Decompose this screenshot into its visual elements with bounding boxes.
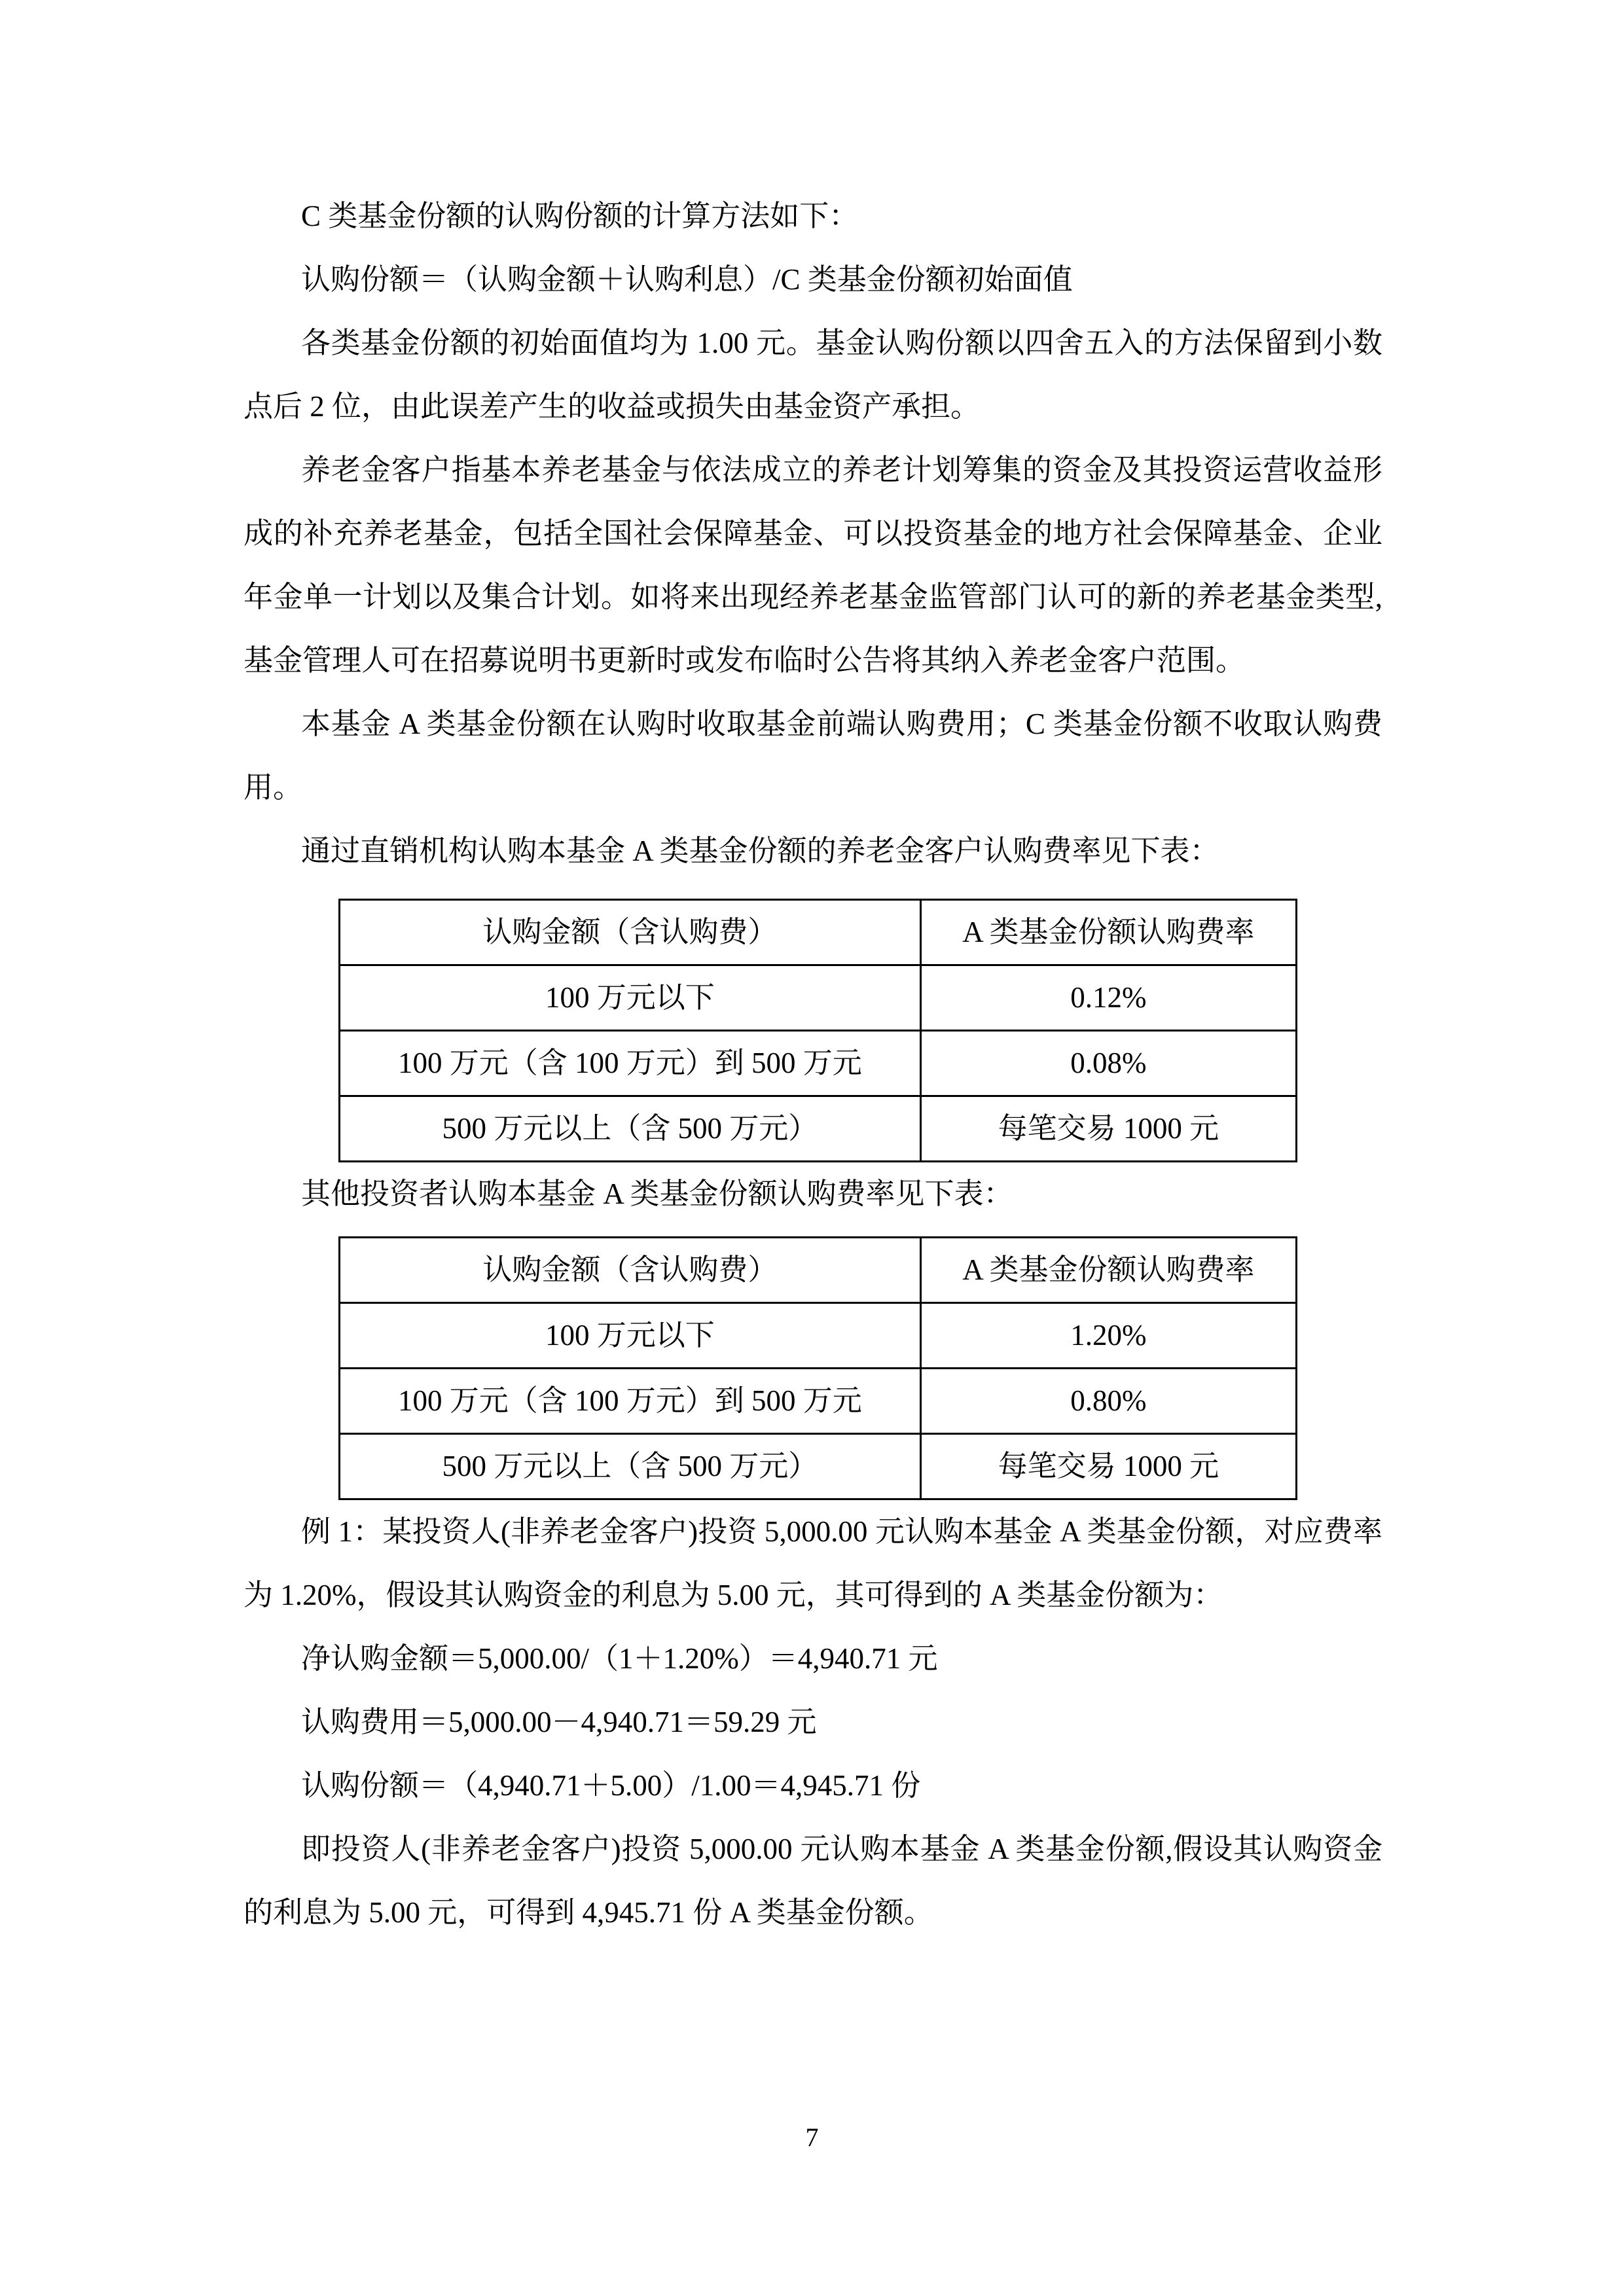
table-row: 100 万元以下 0.12% bbox=[340, 965, 1297, 1031]
paragraph-face-value: 各类基金份额的初始面值均为 1.00 元。基金认购份额以四舍五入的方法保留到小数… bbox=[244, 312, 1382, 439]
pension-client-fee-table-body: 认购金额（含认购费） A 类基金份额认购费率 100 万元以下 0.12% 10… bbox=[340, 900, 1297, 1162]
paragraph-fee-charging: 本基金 A 类基金份额在认购时收取基金前端认购费用；C 类基金份额不收取认购费用… bbox=[244, 692, 1382, 819]
formula-subscription-fee: 认购费用＝5,000.00－4,940.71＝59.29 元 bbox=[244, 1691, 1382, 1754]
header-cell-subscription-amount: 认购金额（含认购费） bbox=[340, 1238, 921, 1303]
formula-subscription-shares-definition: 认购份额＝（认购金额＋认购利息）/C 类基金份额初始面值 bbox=[244, 248, 1382, 312]
cell-rate-1m-to-5m: 0.08% bbox=[920, 1031, 1296, 1096]
cell-tier-1m-to-5m: 100 万元（含 100 万元）到 500 万元 bbox=[340, 1031, 921, 1096]
page-number: 7 bbox=[0, 2122, 1624, 2153]
document-page: C 类基金份额的认购份额的计算方法如下： 认购份额＝（认购金额＋认购利息）/C … bbox=[0, 0, 1624, 2296]
table-row: 500 万元以上（含 500 万元） 每笔交易 1000 元 bbox=[340, 1434, 1297, 1499]
table-row: 500 万元以上（含 500 万元） 每笔交易 1000 元 bbox=[340, 1096, 1297, 1162]
table-header-row: 认购金额（含认购费） A 类基金份额认购费率 bbox=[340, 1238, 1297, 1303]
paragraph-example-intro: 例 1：某投资人(非养老金客户)投资 5,000.00 元认购本基金 A 类基金… bbox=[244, 1500, 1382, 1627]
other-investor-fee-table: 认购金额（含认购费） A 类基金份额认购费率 100 万元以下 1.20% 10… bbox=[338, 1236, 1297, 1500]
formula-net-subscription-amount: 净认购金额＝5,000.00/（1＋1.20%）＝4,940.71 元 bbox=[244, 1627, 1382, 1691]
cell-tier-under-1m: 100 万元以下 bbox=[340, 1303, 921, 1369]
cell-rate-over-5m: 每笔交易 1000 元 bbox=[920, 1096, 1296, 1162]
paragraph-example-conclusion: 即投资人(非养老金客户)投资 5,000.00 元认购本基金 A 类基金份额,假… bbox=[244, 1818, 1382, 1945]
formula-subscription-shares-result: 认购份额＝（4,940.71＋5.00）/1.00＝4,945.71 份 bbox=[244, 1754, 1382, 1818]
table-row: 100 万元（含 100 万元）到 500 万元 0.08% bbox=[340, 1031, 1297, 1096]
cell-rate-under-1m: 0.12% bbox=[920, 965, 1296, 1031]
cell-rate-over-5m: 每笔交易 1000 元 bbox=[920, 1434, 1296, 1499]
paragraph-calc-method-intro: C 类基金份额的认购份额的计算方法如下： bbox=[244, 185, 1382, 248]
cell-tier-over-5m: 500 万元以上（含 500 万元） bbox=[340, 1096, 921, 1162]
table-row: 100 万元（含 100 万元）到 500 万元 0.80% bbox=[340, 1369, 1297, 1434]
header-cell-subscription-amount: 认购金额（含认购费） bbox=[340, 900, 921, 965]
pension-client-fee-table: 认购金额（含认购费） A 类基金份额认购费率 100 万元以下 0.12% 10… bbox=[338, 899, 1297, 1162]
cell-rate-under-1m: 1.20% bbox=[920, 1303, 1296, 1369]
header-cell-class-a-fee-rate: A 类基金份额认购费率 bbox=[920, 1238, 1296, 1303]
table-header-row: 认购金额（含认购费） A 类基金份额认购费率 bbox=[340, 900, 1297, 965]
header-cell-class-a-fee-rate: A 类基金份额认购费率 bbox=[920, 900, 1296, 965]
page-content: C 类基金份额的认购份额的计算方法如下： 认购份额＝（认购金额＋认购利息）/C … bbox=[244, 185, 1382, 1945]
cell-tier-under-1m: 100 万元以下 bbox=[340, 965, 921, 1031]
other-investor-fee-table-body: 认购金额（含认购费） A 类基金份额认购费率 100 万元以下 1.20% 10… bbox=[340, 1238, 1297, 1499]
paragraph-pension-client-definition: 养老金客户指基本养老基金与依法成立的养老计划筹集的资金及其投资运营收益形成的补充… bbox=[244, 439, 1382, 692]
table-row: 100 万元以下 1.20% bbox=[340, 1303, 1297, 1369]
cell-tier-1m-to-5m: 100 万元（含 100 万元）到 500 万元 bbox=[340, 1369, 921, 1434]
cell-rate-1m-to-5m: 0.80% bbox=[920, 1369, 1296, 1434]
cell-tier-over-5m: 500 万元以上（含 500 万元） bbox=[340, 1434, 921, 1499]
paragraph-table1-intro: 通过直销机构认购本基金 A 类基金份额的养老金客户认购费率见下表： bbox=[244, 819, 1382, 883]
paragraph-table2-intro: 其他投资者认购本基金 A 类基金份额认购费率见下表： bbox=[244, 1162, 1382, 1226]
